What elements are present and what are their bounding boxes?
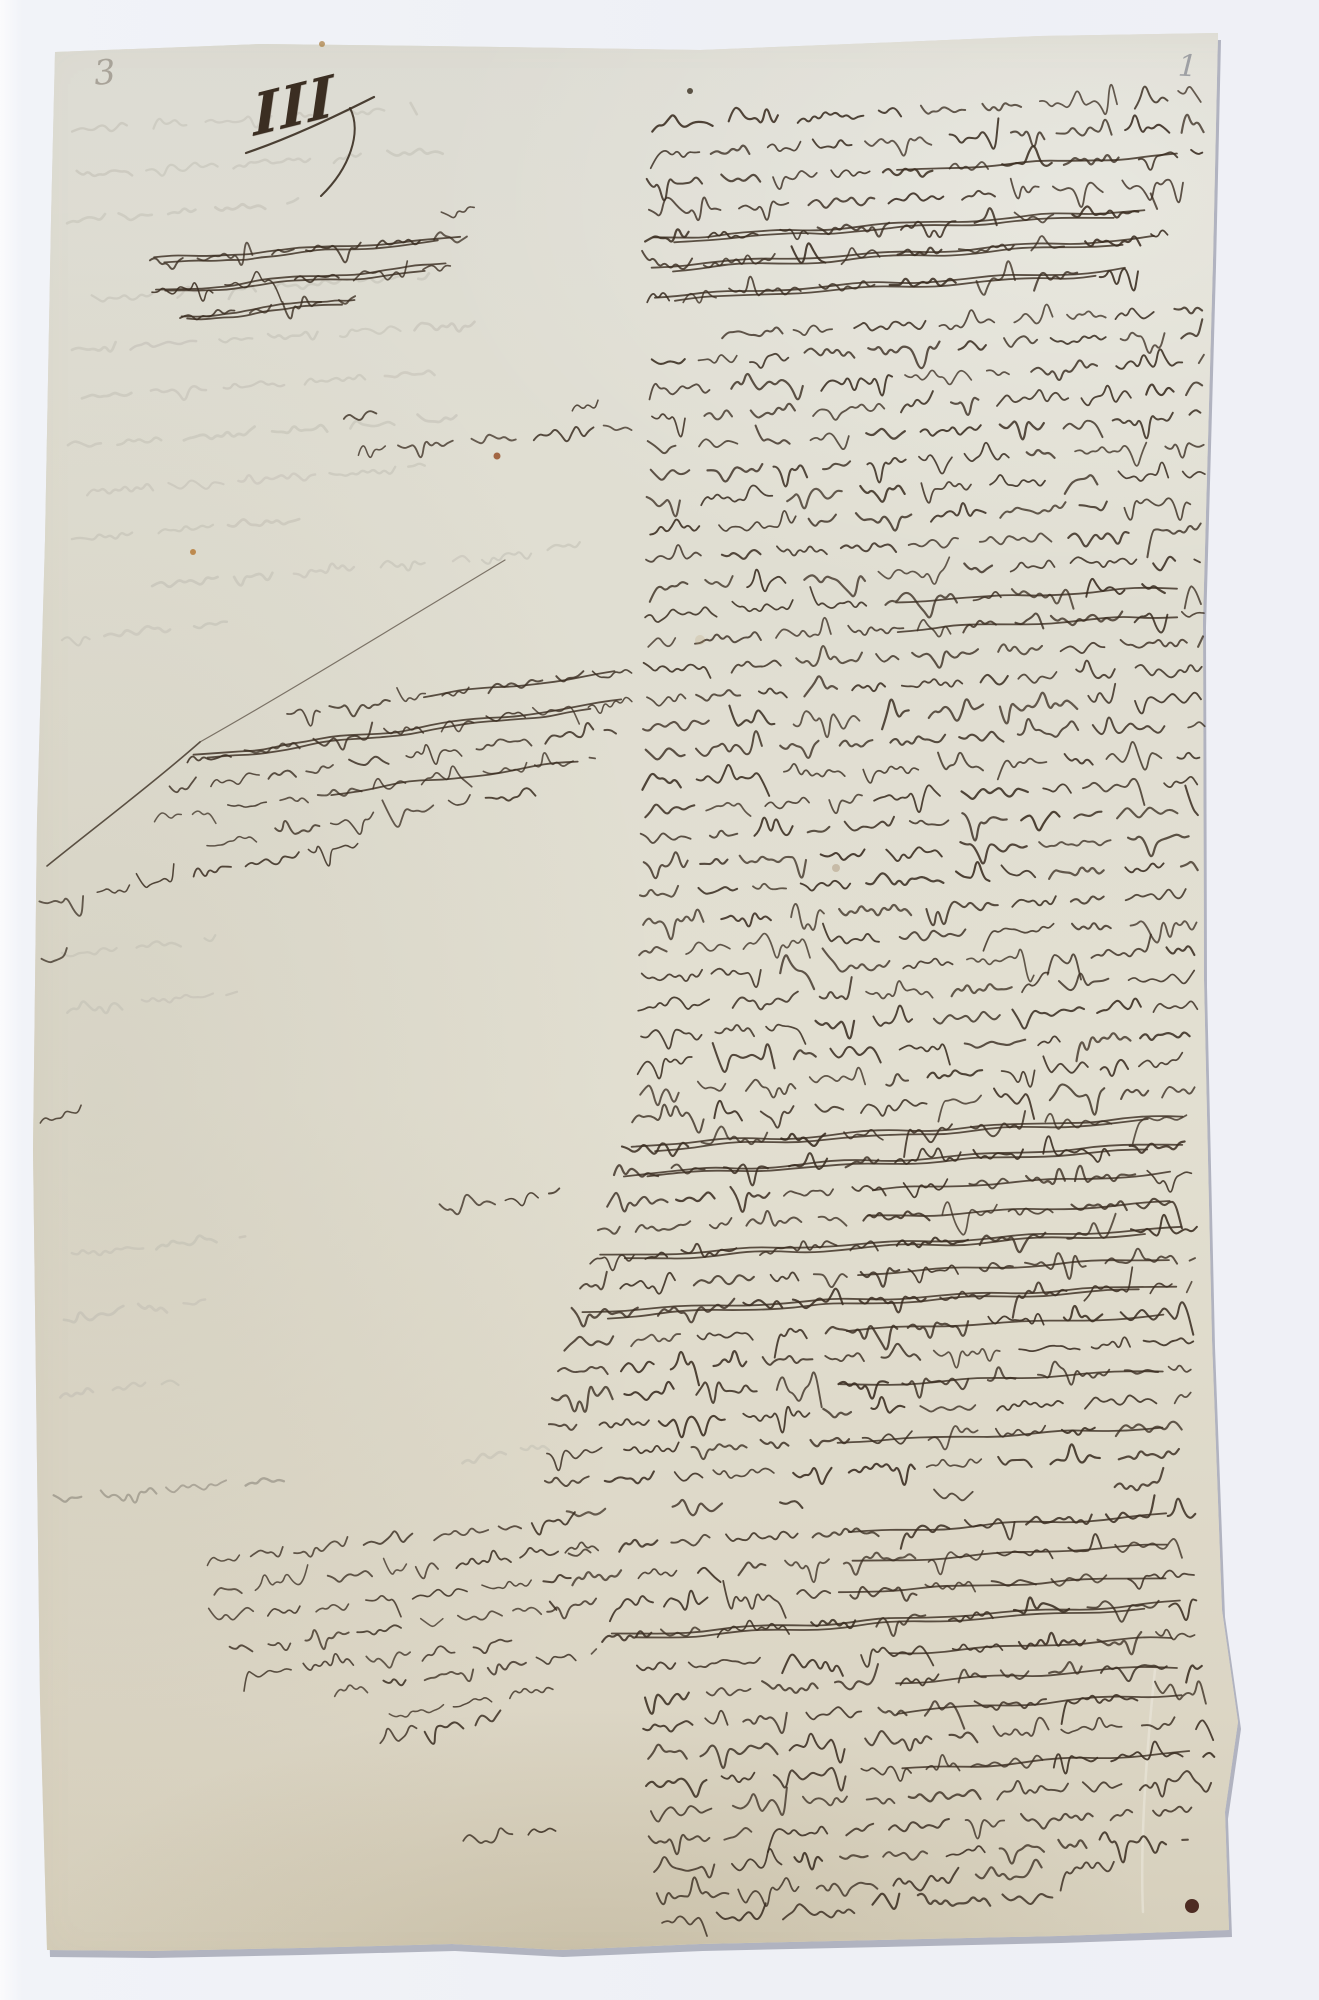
main-text-line (644, 852, 688, 878)
main-text-line (964, 564, 992, 573)
main-text-line (873, 1894, 900, 1909)
margin-note-line (364, 1531, 413, 1545)
margin-note-line (194, 867, 231, 877)
main-text-line (1061, 643, 1105, 653)
main-text-line (1135, 693, 1201, 714)
main-text-line (1002, 1070, 1035, 1087)
main-text-line (823, 949, 890, 972)
showthrough-line (72, 1247, 143, 1255)
main-text-line (814, 1274, 847, 1287)
margin-note-line (449, 795, 470, 805)
main-text-line (1092, 1337, 1131, 1348)
main-text-line (773, 171, 817, 189)
main-text-line (792, 243, 826, 263)
showthrough-line (168, 481, 223, 489)
main-text-line (624, 1382, 673, 1400)
main-text-line (549, 1424, 577, 1430)
main-text-line (1111, 1810, 1133, 1820)
margin-note-line (283, 297, 322, 319)
main-text-line (1003, 1894, 1053, 1904)
margin-note-line (477, 739, 532, 749)
main-text-line (743, 1407, 809, 1433)
margin-note-line (255, 1565, 307, 1590)
margin-note-line (482, 1580, 531, 1588)
showthrough-line (64, 1306, 123, 1322)
main-text-line (768, 142, 801, 151)
main-text-line (879, 108, 901, 116)
margin-note-line (389, 1705, 443, 1717)
main-text-line (873, 1006, 912, 1026)
main-text-line (641, 833, 691, 843)
main-text-line (620, 1273, 675, 1294)
margin-note-line (604, 730, 616, 734)
main-text-line (934, 1349, 1000, 1368)
ink-speck (319, 41, 325, 47)
main-text-line (962, 191, 995, 200)
margin-note-line (382, 800, 433, 827)
margin-note-line (251, 1547, 283, 1557)
main-text-line (645, 805, 694, 818)
main-text-line (637, 1662, 675, 1670)
main-text-line (867, 1798, 895, 1803)
main-text-line (746, 1080, 796, 1098)
main-text-line (919, 455, 952, 473)
main-text-line (696, 1382, 756, 1403)
main-text-line (743, 1713, 787, 1733)
main-text-line (643, 721, 709, 731)
main-text-line (1083, 1782, 1122, 1791)
faded-note-line (54, 1495, 82, 1501)
showthrough-line (62, 637, 90, 645)
main-text-line (652, 414, 685, 436)
main-text-line (1199, 355, 1204, 363)
main-text-line (771, 1272, 799, 1281)
strikethrough-line (652, 236, 1154, 268)
main-text-line (1183, 472, 1205, 478)
main-text-line (787, 489, 842, 508)
main-text-line (889, 193, 944, 203)
margin-note-line (453, 1698, 491, 1707)
main-text-line (982, 103, 1021, 110)
main-text-line (1151, 193, 1157, 209)
main-text-line (912, 649, 978, 668)
main-text-line (1118, 462, 1168, 481)
main-text-line (809, 515, 836, 526)
margin-note-line (472, 435, 516, 443)
main-text-line (805, 349, 855, 358)
showthrough-line (137, 941, 181, 947)
showthrough-line (184, 1300, 206, 1305)
ink-speck (190, 549, 196, 555)
main-text-line (823, 924, 879, 944)
main-text-line (1100, 1832, 1166, 1862)
main-text-line (732, 600, 793, 611)
showthrough-line (453, 556, 470, 561)
margin-note-line (499, 1526, 521, 1529)
main-text-line (1000, 693, 1077, 724)
main-text-line (662, 1916, 707, 1936)
margin-note-line (349, 757, 389, 765)
main-text-line (908, 1321, 968, 1338)
main-text-line (547, 1599, 596, 1619)
showthrough-line (228, 519, 299, 526)
main-text-line (846, 1824, 873, 1836)
main-text-line (743, 934, 810, 958)
main-text-line (696, 690, 740, 701)
main-text-line (784, 764, 845, 777)
main-text-line (714, 1351, 747, 1366)
main-text-line (1125, 863, 1163, 872)
main-text-line (785, 1559, 829, 1582)
showthrough-line (305, 375, 365, 384)
main-text-line (782, 1655, 843, 1676)
main-text-line (686, 942, 730, 954)
main-text-line (650, 384, 710, 400)
margin-note-line (534, 427, 594, 441)
main-text-line (1165, 443, 1203, 457)
main-text-line (768, 1827, 828, 1853)
main-text-line (904, 1124, 952, 1157)
margin-note-line (549, 1188, 559, 1193)
main-text-line (929, 699, 983, 720)
main-text-line (1175, 1393, 1191, 1404)
margin-note-line (425, 1722, 464, 1744)
margin-note-line (230, 1645, 253, 1651)
main-text-line (729, 277, 801, 296)
main-text-line (797, 1590, 830, 1598)
main-text-line (967, 949, 1034, 981)
main-text-line (707, 1688, 751, 1695)
main-text-line (711, 969, 760, 987)
main-text-line (701, 1744, 778, 1768)
main-text-line (866, 429, 905, 439)
main-text-line (1081, 386, 1131, 406)
main-text-line (706, 803, 750, 816)
margin-note-line (458, 1611, 502, 1620)
margin-note-line (441, 207, 474, 218)
main-text-line (981, 675, 1008, 685)
main-text-line (649, 1835, 710, 1854)
main-text-line (813, 139, 852, 147)
showthrough-line (72, 533, 132, 540)
main-text-line (845, 817, 894, 831)
main-text-line (1140, 1033, 1189, 1040)
main-text-line (813, 1528, 879, 1537)
main-text-line (938, 1095, 981, 1121)
main-text-line (868, 342, 939, 369)
showthrough-line (87, 484, 153, 495)
main-text-line (997, 1549, 1052, 1558)
showthrough-line (287, 198, 298, 203)
main-text-line (624, 1442, 679, 1453)
main-text-line (801, 881, 851, 891)
main-text-line (900, 1044, 950, 1064)
main-text-line (794, 1050, 816, 1059)
scan-background: 3 1 III (0, 0, 1319, 2000)
showthrough-line (194, 622, 227, 628)
main-text-line (698, 1568, 721, 1582)
margin-note-line (246, 852, 299, 866)
main-text-line (1198, 636, 1203, 646)
main-text-line (572, 1570, 621, 1585)
main-text-line (1027, 450, 1055, 458)
main-text-line (840, 1855, 868, 1859)
strikethrough-line (897, 1695, 1181, 1714)
main-text-line (692, 1444, 747, 1459)
main-text-line (893, 1868, 958, 1891)
main-text-line (710, 831, 737, 838)
ink-speck (687, 88, 693, 94)
margin-note-line (150, 258, 183, 269)
main-text-line (733, 992, 798, 1010)
margin-note-line (543, 1575, 570, 1582)
main-text-line (1013, 1282, 1067, 1317)
main-text-line (1053, 183, 1103, 207)
main-text-line (854, 321, 925, 331)
margin-note-line (269, 771, 297, 779)
main-text-line (886, 847, 942, 861)
main-text-line (947, 1846, 985, 1856)
main-text-line (699, 439, 737, 447)
main-text-line (673, 1500, 722, 1515)
main-text-line (1203, 1753, 1214, 1757)
main-text-line (671, 1352, 699, 1385)
margin-note-line (513, 1608, 541, 1615)
margin-note-line (486, 788, 536, 800)
main-text-line (1065, 754, 1093, 765)
main-text-line (840, 740, 873, 746)
main-text-line (1076, 661, 1115, 678)
margin-note-line (331, 812, 374, 834)
main-text-line (763, 1356, 813, 1365)
main-text-line (806, 1707, 861, 1719)
main-text-line (651, 470, 690, 480)
margin-note-line (303, 1654, 353, 1670)
strikethrough-line (424, 671, 615, 697)
main-text-line (889, 1819, 949, 1831)
main-text-line (644, 663, 711, 678)
main-text-line (823, 461, 850, 469)
main-text-line (651, 151, 700, 168)
main-text-line (1164, 777, 1197, 787)
main-text-line (642, 970, 702, 981)
pencil-folio-number-top-right: 1 (1177, 52, 1198, 83)
main-text-line (774, 1768, 846, 1791)
margin-note-line (413, 1589, 468, 1599)
main-text-line (1067, 311, 1106, 319)
main-text-line (726, 1532, 798, 1541)
margin-note-line (193, 811, 216, 823)
main-text-line (810, 587, 866, 608)
main-text-line (580, 1272, 607, 1290)
showthrough-line (408, 464, 425, 467)
main-text-line (804, 676, 837, 696)
main-text-line (545, 1477, 589, 1487)
main-text-line (1117, 808, 1177, 819)
main-text-line (607, 1193, 667, 1211)
main-text-line (761, 1440, 789, 1448)
main-text-line (605, 1471, 654, 1483)
main-text-line (729, 706, 774, 726)
showthrough-line (72, 342, 116, 351)
main-text-line (1064, 1306, 1102, 1321)
main-text-line (780, 955, 814, 989)
main-text-line (793, 1468, 831, 1484)
main-text-line (1181, 862, 1198, 870)
margin-note-line (456, 1551, 511, 1569)
main-text-line (921, 106, 965, 114)
main-text-line (1126, 889, 1186, 900)
main-text-line (1167, 946, 1195, 955)
showthrough-line (548, 542, 580, 550)
main-text-line (1135, 87, 1168, 109)
main-text-line (755, 818, 793, 836)
showthrough-line (272, 425, 327, 433)
main-text-line (724, 1828, 751, 1840)
showthrough-line (162, 1381, 179, 1385)
main-text-line (1048, 954, 1081, 979)
main-text-line (732, 661, 781, 673)
main-text-line (798, 112, 864, 123)
main-text-line (1186, 382, 1202, 395)
showthrough-line (215, 204, 265, 210)
main-text-line (997, 1401, 1063, 1411)
main-text-line (699, 887, 738, 894)
main-text-line (1051, 336, 1106, 344)
main-text-line (715, 1025, 754, 1036)
main-text-line (698, 1333, 753, 1340)
margin-note-line (42, 948, 67, 962)
margin-note-line (275, 821, 319, 834)
margin-note-line (545, 723, 593, 744)
main-text-line (874, 785, 940, 812)
main-text-line (861, 1100, 927, 1116)
main-text-line (652, 115, 712, 131)
main-text-line (647, 178, 702, 201)
main-text-line (598, 1227, 620, 1234)
main-text-line (959, 732, 1003, 742)
main-text-line (649, 197, 721, 220)
main-text-line (1004, 336, 1037, 347)
main-text-line (794, 326, 833, 336)
main-text-line (901, 221, 956, 237)
main-text-line (976, 1860, 1042, 1880)
showthrough-line (154, 119, 187, 129)
main-text-line (1038, 1036, 1060, 1045)
main-text-line (640, 886, 678, 897)
main-text-line (1018, 719, 1078, 737)
main-text-line (816, 1021, 855, 1039)
main-text-line (659, 1416, 725, 1437)
margin-note-line (532, 1512, 575, 1534)
main-text-line (1190, 1258, 1195, 1261)
main-text-line (1169, 1366, 1191, 1372)
main-text-line (1083, 779, 1144, 805)
main-text-line (761, 1106, 794, 1128)
main-text-line (753, 884, 786, 889)
main-text-line (1169, 1599, 1196, 1620)
main-text-line (927, 1459, 982, 1467)
main-text-line (860, 486, 904, 502)
main-text-line (1040, 85, 1117, 114)
main-text-line (638, 997, 709, 1010)
main-text-line (1074, 812, 1101, 818)
strikethrough-line (839, 1578, 1166, 1592)
ink-speck (695, 635, 705, 645)
margin-note-line (422, 1646, 454, 1661)
main-text-line (648, 638, 675, 647)
showthrough-line (224, 381, 285, 388)
main-text-line (1012, 1007, 1084, 1028)
showthrough-line (82, 393, 131, 398)
main-text-line (909, 1790, 981, 1801)
margin-note-line (329, 700, 389, 716)
showthrough-line (62, 948, 117, 956)
main-text-line (977, 261, 1016, 295)
main-text-line (990, 475, 1045, 486)
main-text-line (809, 198, 875, 208)
main-text-line (849, 1464, 915, 1485)
main-text-line (1021, 1813, 1093, 1828)
main-text-line (774, 465, 808, 486)
main-text-line (987, 370, 1009, 375)
main-text-line (1002, 146, 1051, 166)
main-text-line (820, 977, 852, 999)
main-text-line (733, 1788, 787, 1816)
main-text-line (1128, 835, 1189, 856)
main-text-line (983, 924, 1053, 951)
showthrough-line (463, 1452, 506, 1463)
main-text-line (643, 910, 703, 940)
main-text-line (803, 1797, 847, 1806)
main-text-line (710, 1218, 732, 1228)
strikethrough-line (653, 210, 1144, 238)
main-text-line (852, 683, 885, 691)
showthrough-line (152, 577, 218, 587)
main-text-line (722, 1773, 755, 1782)
main-text-line (1186, 1666, 1202, 1683)
main-text-line (671, 1535, 709, 1546)
main-text-line (1043, 1056, 1088, 1073)
main-text-line (766, 1025, 806, 1044)
main-text-line (1121, 333, 1165, 353)
main-text-line (647, 497, 680, 516)
main-text-line (1011, 561, 1055, 572)
main-text-line (695, 632, 761, 644)
showthrough-line (146, 163, 217, 176)
main-text-line (883, 1851, 927, 1859)
faded-note-line (166, 1480, 226, 1492)
margin-note-line (228, 802, 266, 807)
main-text-line (704, 410, 732, 419)
showthrough-line (238, 474, 315, 484)
main-text-line (841, 543, 896, 552)
main-text-line (956, 862, 990, 881)
margin-note-line (344, 411, 377, 420)
main-text-line (698, 1082, 726, 1091)
main-text-line (1129, 971, 1195, 984)
main-text-line (1098, 1632, 1142, 1654)
showthrough-line (205, 935, 216, 941)
main-text-line (619, 1540, 657, 1552)
main-text-line (1068, 532, 1128, 546)
main-text-line (811, 433, 849, 449)
main-text-line (784, 1189, 833, 1196)
main-text-line (918, 1894, 990, 1906)
main-text-line (645, 607, 717, 622)
main-text-line (739, 1562, 766, 1575)
margin-note-line (211, 773, 259, 786)
